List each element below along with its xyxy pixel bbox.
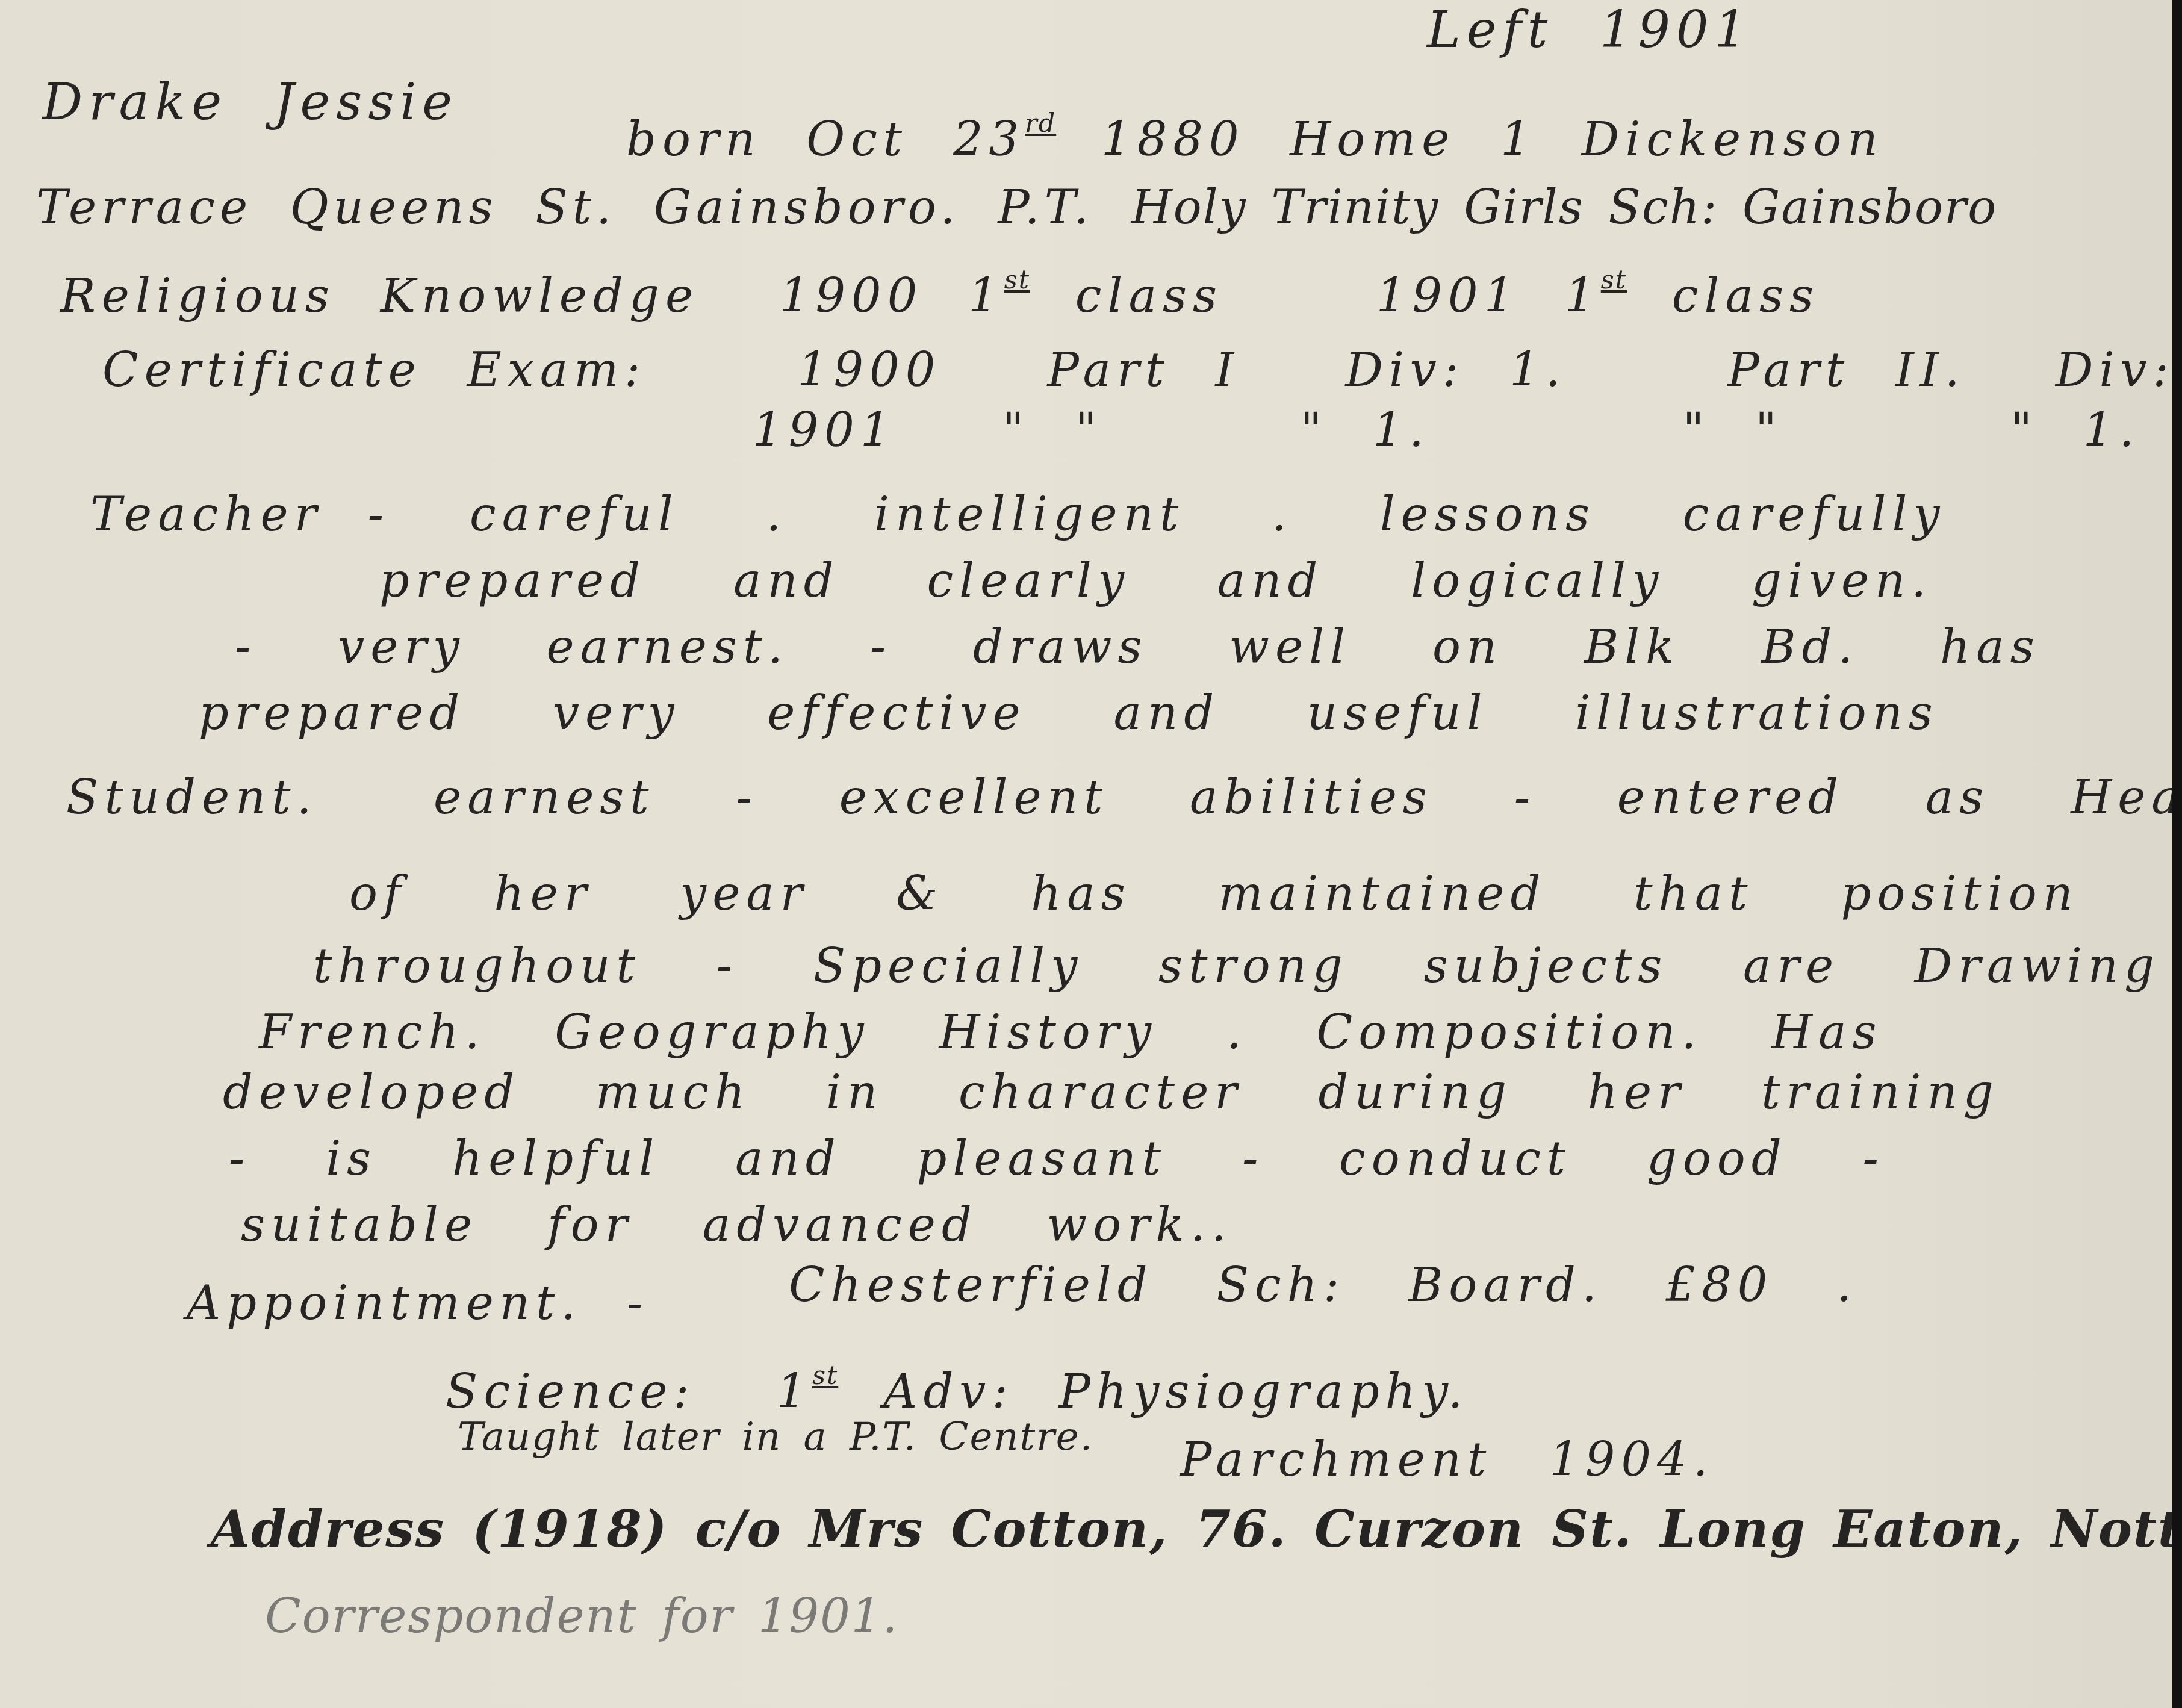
parchment-note: Parchment 1904. bbox=[1180, 1433, 1714, 1487]
teacher-label: Teacher - bbox=[90, 488, 390, 542]
teacher-line-1: careful . intelligent . lessons carefull… bbox=[470, 488, 1946, 542]
teacher-line-4: prepared very effective and useful illus… bbox=[199, 686, 1939, 741]
student-line-2: of her year & has maintained that positi… bbox=[349, 867, 2079, 921]
appointment-label: Appointment. - bbox=[187, 1276, 648, 1331]
religious-knowledge-line: Religious Knowledge 1900 1st class 1901 … bbox=[60, 265, 1820, 323]
rk-year-1900: 1900 bbox=[780, 269, 924, 323]
surname: Drake bbox=[42, 72, 228, 131]
science-label: Science: bbox=[446, 1365, 695, 1419]
home-address-line1: 1 Dickenson bbox=[1500, 113, 1883, 167]
student-label: Student. bbox=[66, 771, 317, 825]
appointment-value: Chesterfield Sch: Board. £80 . bbox=[789, 1258, 1857, 1312]
register-page: Left 1901 Drake Jessie born Oct 23rd 188… bbox=[0, 0, 2172, 1708]
student-line-7: suitable for advanced work.. bbox=[241, 1198, 1232, 1252]
science-line: Science: 1st Adv: Physiography. bbox=[446, 1361, 1469, 1419]
pt-label: P.T. bbox=[998, 181, 1093, 235]
home-label: Home bbox=[1290, 113, 1455, 167]
born-label: born bbox=[626, 113, 761, 167]
born-date: Oct 23 bbox=[806, 113, 1025, 167]
address-1918: Address (1918) c/o Mrs Cotton, 76. Curzo… bbox=[211, 1499, 2182, 1559]
rk-year-1901: 1901 bbox=[1376, 269, 1520, 323]
student-line-5: developed much in character during her t… bbox=[223, 1066, 2000, 1120]
teacher-line-3: - very earnest. - draws well on Blk Bd. … bbox=[235, 620, 2041, 674]
student-line-3: throughout - Specially strong subjects a… bbox=[313, 939, 2160, 993]
student-line-4: French. Geography History . Composition.… bbox=[259, 1005, 1883, 1060]
home-address-line2: Terrace Queens St. Gainsboro. bbox=[36, 181, 960, 235]
student-line-6: - is helpful and pleasant - conduct good… bbox=[229, 1132, 1885, 1186]
rk-label: Religious Knowledge bbox=[60, 269, 735, 323]
left-note: Left 1901 bbox=[1427, 0, 1753, 59]
teacher-line-2: prepared and clearly and logically given… bbox=[379, 554, 1932, 608]
born-suffix: rd bbox=[1025, 108, 1056, 138]
born-year: 1880 bbox=[1101, 113, 1245, 167]
birth-and-home-line: born Oct 23rd 1880 Home 1 Dickenson bbox=[626, 108, 1884, 167]
science-subject: Adv: Physiography. bbox=[883, 1365, 1469, 1419]
forename: Jessie bbox=[274, 72, 458, 131]
taught-note: Taught later in a P.T. Centre. bbox=[458, 1415, 1093, 1459]
certificate-exam-row-1900: Certificate Exam: 1900 Part I Div: 1. Pa… bbox=[102, 343, 2182, 397]
student-name: Drake Jessie bbox=[42, 72, 458, 131]
certificate-exam-row-1901: 1901 " " " 1. " " " 1. bbox=[753, 403, 2140, 458]
cert-label: Certificate Exam: bbox=[102, 343, 753, 397]
student-line-1: earnest - excellent abilities - entered … bbox=[434, 771, 2182, 825]
correspondent-note: Correspondent for 1901. bbox=[265, 1589, 898, 1644]
address-and-pt-line: Terrace Queens St. Gainsboro. P.T. Holy … bbox=[36, 181, 1997, 235]
page-edge bbox=[2172, 0, 2182, 1708]
pt-school: Holy Trinity Girls Sch: Gainsboro bbox=[1131, 181, 1997, 235]
